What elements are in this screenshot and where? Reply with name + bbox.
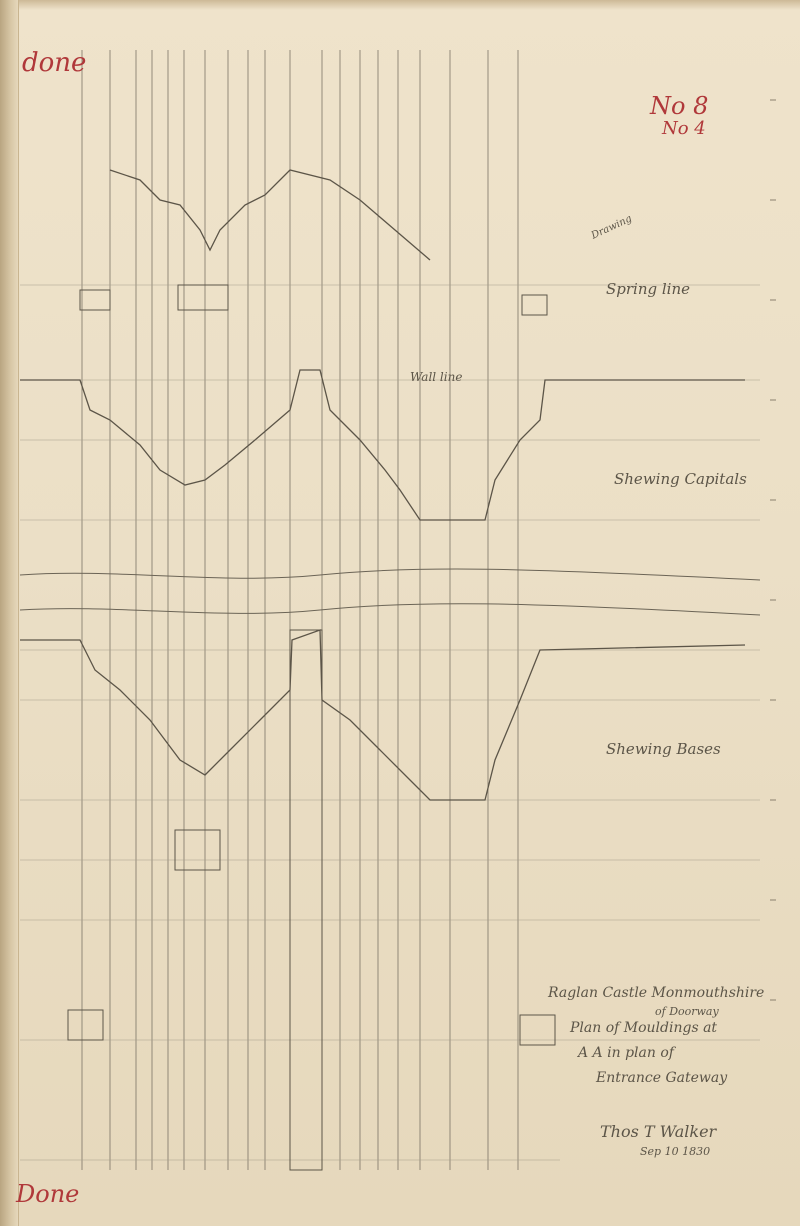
signature-name: Thos T Walker bbox=[600, 1122, 716, 1141]
spring-line-label: Spring line bbox=[606, 280, 690, 298]
base-detail-right bbox=[520, 1015, 555, 1045]
caption-line-3: A A in plan of bbox=[578, 1045, 674, 1061]
bases-moulding-profile bbox=[20, 630, 745, 800]
bases-label: Shewing Bases bbox=[606, 740, 721, 758]
capitals-moulding-profile bbox=[20, 370, 745, 520]
break-line-lower bbox=[20, 604, 760, 615]
done-note-bottom: Done bbox=[16, 1180, 79, 1208]
capitals-label: Shewing Capitals bbox=[614, 470, 747, 488]
capital-detail-right bbox=[522, 295, 547, 315]
break-line-upper bbox=[20, 569, 760, 580]
wall-line-label: Wall line bbox=[410, 370, 462, 384]
base-detail-left bbox=[68, 1010, 103, 1040]
central-shaft bbox=[290, 630, 322, 1170]
right-margin-ticks bbox=[770, 100, 776, 1000]
capital-detail-centre bbox=[178, 285, 228, 310]
signature-date: Sep 10 1830 bbox=[640, 1145, 710, 1158]
done-note-top: done bbox=[22, 48, 86, 78]
sub-number: No 4 bbox=[662, 118, 706, 139]
caption-line-4: Entrance Gateway bbox=[596, 1070, 727, 1086]
caption-line-1: Raglan Castle Monmouthshire bbox=[548, 985, 764, 1001]
base-detail-centre bbox=[175, 830, 220, 870]
top-moulding-profile bbox=[110, 170, 430, 260]
vertical-construction-lines bbox=[82, 50, 518, 1170]
pencil-drawing bbox=[0, 0, 800, 1226]
capital-detail-left bbox=[80, 290, 110, 310]
caption-line-2-insert: of Doorway bbox=[655, 1005, 719, 1018]
sheet-number: No 8 bbox=[650, 92, 708, 120]
caption-line-2: Plan of Mouldings at bbox=[570, 1020, 717, 1036]
